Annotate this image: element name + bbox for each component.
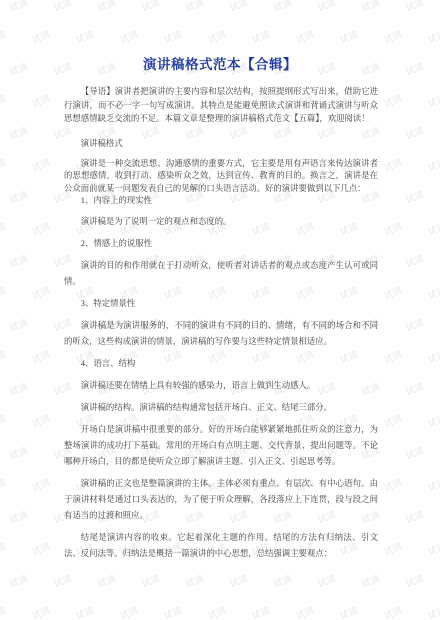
numbered-heading: 4、语言、结构 [64,356,378,372]
watermark-text: 试读 [0,479,8,494]
watermark-text: 试读 [9,383,30,398]
paragraph: 开场白是演讲稿中很重要的部分。好的开场白能够紧紧地抓住听众的注意力，为整场演讲的… [64,422,378,470]
watermark-text: 试读 [53,575,74,590]
watermark-text: 试读 [383,351,404,366]
watermark-text: 试读 [9,447,30,462]
watermark-text: 试读 [31,479,52,494]
watermark-text: 试读 [427,607,440,620]
watermark-text: 试读 [339,607,360,620]
watermark-text: 试读 [0,223,8,238]
watermark-text: 试读 [0,159,8,174]
watermark-text: 试读 [75,607,96,620]
watermark-text: 试读 [383,95,404,110]
watermark-text: 试读 [31,159,52,174]
watermark-text: 试读 [405,191,426,206]
watermark-text: 试读 [31,223,52,238]
watermark-text: 试读 [405,575,426,590]
numbered-heading: 3、特定情景性 [64,296,378,312]
section-heading: 演讲稿格式 [64,136,378,152]
paragraph: 演讲的目的和作用就在于打动听众，使听者对讲话者的观点或态度产生认可或同情。 [64,258,378,290]
watermark-text: 试读 [163,607,184,620]
document-page: 试读试读试读试读试读试读试读试读试读试读试读试读试读试读试读试读试读试读试读试读… [0,0,440,620]
paragraph: 演讲稿是为演讲服务的，不同的演讲有不同的目的、情绪，有不同的场合和不同的听众，这… [64,318,378,350]
watermark-text: 试读 [0,415,8,430]
watermark-text: 试读 [119,607,140,620]
watermark-text: 试读 [0,287,8,302]
watermark-text: 试读 [9,319,30,334]
watermark-text: 试读 [405,319,426,334]
watermark-text: 试读 [31,95,52,110]
watermark-text: 试读 [185,575,206,590]
watermark-text: 试读 [31,415,52,430]
watermark-text: 试读 [427,543,440,558]
watermark-text: 试读 [97,575,118,590]
intro-paragraph: 【导语】演讲者把演讲的主要内容和层次结构，按照提纲形式写出来，借助它进行演讲，而… [64,85,378,126]
watermark-text: 试读 [383,159,404,174]
watermark-text: 试读 [9,127,30,142]
watermark-text: 试读 [0,543,8,558]
watermark-text: 试读 [405,383,426,398]
watermark-text: 试读 [383,543,404,558]
watermark-text: 试读 [427,479,440,494]
watermark-text: 试读 [383,287,404,302]
document-title: 演讲稿格式范本【合辑】 [0,0,440,74]
watermark-text: 试读 [229,575,250,590]
watermark-text: 试读 [9,191,30,206]
numbered-heading: 1、内容上的现实性 [64,195,378,208]
watermark-text: 试读 [427,223,440,238]
watermark-text: 试读 [141,575,162,590]
paragraph: 演讲稿的结构。演讲稿的结构通常包括开场白、正文、结尾三部分。 [64,400,378,416]
watermark-text: 试读 [405,447,426,462]
paragraph: 结尾是演讲内容的收束。它起着深化主题的作用。结尾的方法有归纳法、引文法、反问法等… [64,530,378,562]
paragraph: 演讲稿还要在情绪上具有较强的感染力，语言上做到生动感人。 [64,378,378,394]
watermark-text: 试读 [31,287,52,302]
watermark-text: 试读 [0,607,8,620]
paragraph: 演讲稿是为了说明一定的观点和态度的。 [64,214,378,230]
watermark-text: 试读 [31,351,52,366]
watermark-text: 试读 [31,607,52,620]
watermark-text: 试读 [31,543,52,558]
watermark-text: 试读 [405,127,426,142]
watermark-text: 试读 [251,607,272,620]
watermark-text: 试读 [427,287,440,302]
watermark-text: 试读 [9,511,30,526]
watermark-text: 试读 [317,575,338,590]
watermark-text: 试读 [9,255,30,270]
watermark-text: 试读 [9,575,30,590]
watermark-text: 试读 [0,351,8,366]
watermark-text: 试读 [0,95,8,110]
watermark-text: 试读 [427,351,440,366]
numbered-heading: 2、情感上的说服性 [64,236,378,252]
watermark-text: 试读 [427,415,440,430]
watermark-text: 试读 [405,511,426,526]
paragraph: 演讲是一种交流思想、沟通感情的重要方式，它主要是用有声语言来传达演讲者的思想感情… [64,158,378,196]
watermark-text: 试读 [383,223,404,238]
watermark-text: 试读 [405,255,426,270]
watermark-text: 试读 [427,95,440,110]
watermark-text: 试读 [383,415,404,430]
watermark-text: 试读 [361,575,382,590]
paragraph: 演讲稿的正文也是整篇演讲的主体。主体必须有重点、有层次、有中心语句。由于演讲材料… [64,476,378,524]
watermark-text: 试读 [383,479,404,494]
watermark-text: 试读 [273,575,294,590]
watermark-text: 试读 [383,607,404,620]
watermark-text: 试读 [295,607,316,620]
document-content: 【导语】演讲者把演讲的主要内容和层次结构，按照提纲形式写出来，借助它进行演讲，而… [64,85,378,562]
watermark-text: 试读 [207,607,228,620]
watermark-text: 试读 [427,159,440,174]
